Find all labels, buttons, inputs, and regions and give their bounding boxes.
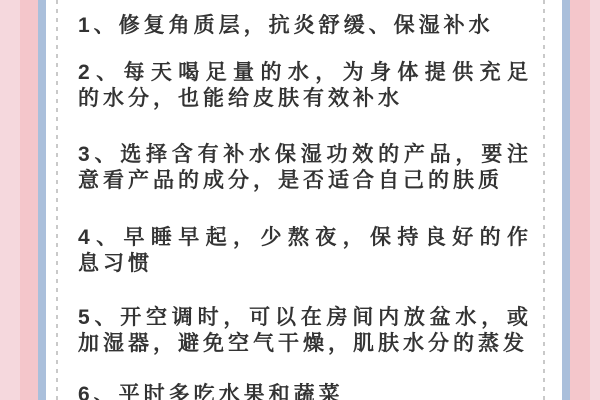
left-deep-pink-stripe [20,0,38,400]
tip-text: 5、开空调时，可以在房间内放盆水，或 [78,305,532,331]
right-pale-pink-stripe [590,0,600,400]
right-dashed-rule [543,0,545,400]
tip-item-3: 3、选择含有补水保湿功效的产品，要注 意看产品的成分，是否适合自己的肤质 [78,142,532,194]
tips-card: 1、修复角质层，抗炎舒缓、保湿补水 2、每天喝足量的水，为身体提供充足 的水分，… [46,0,562,400]
tip-text: 的水分，也能给皮肤有效补水 [78,86,532,112]
tip-text: 息习惯 [78,251,532,277]
tip-item-2: 2、每天喝足量的水，为身体提供充足 的水分，也能给皮肤有效补水 [78,60,532,112]
tip-card-page: 1、修复角质层，抗炎舒缓、保湿补水 2、每天喝足量的水，为身体提供充足 的水分，… [0,0,600,400]
left-pale-pink-stripe [0,0,20,400]
tip-text: 2、每天喝足量的水，为身体提供充足 [78,60,532,86]
tip-text: 1、修复角质层，抗炎舒缓、保湿补水 [78,13,532,39]
tip-item-1: 1、修复角质层，抗炎舒缓、保湿补水 [78,13,532,39]
tips-list: 1、修复角质层，抗炎舒缓、保湿补水 2、每天喝足量的水，为身体提供充足 的水分，… [78,13,532,400]
left-dashed-rule [56,0,58,400]
tip-text: 意看产品的成分，是否适合自己的肤质 [78,168,532,194]
tip-item-5: 5、开空调时，可以在房间内放盆水，或 加湿器，避免空气干燥，肌肤水分的蒸发 [78,305,532,357]
tip-text: 4、早睡早起，少熬夜，保持良好的作 [78,225,532,251]
tip-item-6: 6、平时多吃水果和蔬菜 [78,382,532,400]
tip-text: 3、选择含有补水保湿功效的产品，要注 [78,142,532,168]
tip-text: 6、平时多吃水果和蔬菜 [78,382,532,400]
left-blue-stripe [38,0,46,400]
tip-text: 加湿器，避免空气干燥，肌肤水分的蒸发 [78,331,532,357]
tip-item-4: 4、早睡早起，少熬夜，保持良好的作 息习惯 [78,225,532,277]
right-deep-pink-stripe [570,0,590,400]
right-blue-stripe [562,0,570,400]
